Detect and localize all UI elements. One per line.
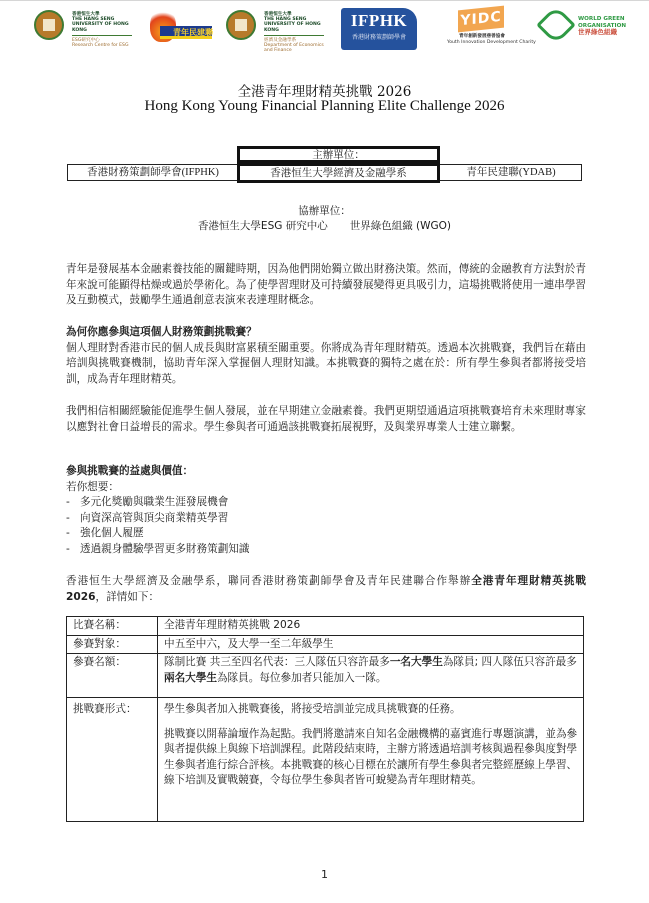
list-item: 多元化獎勵與職業生涯發展機會 [66, 495, 586, 511]
hsuhk-seal-icon [226, 10, 256, 40]
list-item: 透過親身體驗學習更多財務策劃知識 [66, 542, 586, 558]
ifphk-logo-sub: 香港財務策劃師學會 [341, 34, 417, 42]
title-en: Hong Kong Young Financial Planning Elite… [0, 98, 649, 115]
why-paragraph-2: 我們相信相關經驗能促進學生個人發展，並在早期建立金融素養。我們更期望通過這項挑戰… [66, 404, 586, 435]
benefits-intro: 若你想要： [66, 480, 586, 496]
details-key: 挑戰賽形式： [67, 698, 158, 822]
list-item: 向資深高管與頂尖商業精英學習 [66, 511, 586, 527]
benefits-list: 多元化獎勵與職業生涯發展機會 向資深高管與頂尖商業精英學習 強化個人履歷 透過親… [66, 495, 586, 557]
organizer-ydab: 青年民建聯(YDAB) [441, 165, 581, 180]
details-key: 參賽名額： [67, 654, 158, 698]
hsuhk-econ-logo: 香港恒生大學 THE HANG SENG UNIVERSITY OF HONG … [226, 8, 336, 48]
yidc-logo: YIDC 青年創新發展慈善協會 Youth Innovation Develop… [442, 8, 522, 48]
hsuhk-esg-logo: 香港恒生大學 THE HANG SENG UNIVERSITY OF HONG … [34, 8, 144, 48]
details-key: 比賽名稱： [67, 617, 158, 636]
details-value: 中五至中六，及大學一至二年級學生 [158, 635, 584, 654]
logo-sub-en: Research Centre for ESG [72, 43, 132, 48]
summary-paragraph: 香港恒生大學經濟及金融學系，聯同香港財務策劃師學會及青年民建聯合作舉辦全港青年理… [66, 574, 586, 605]
ifphk-logo: IFPHK 香港財務策劃師學會 [341, 8, 417, 50]
table-row: 比賽名稱： 全港青年理財精英挑戰 2026 [67, 617, 584, 636]
why-heading: 為何你應參與這項個人財務策劃挑戰賽？ [66, 325, 586, 341]
logo-text-en: THE HANG SENG UNIVERSITY OF HONG KONG [264, 17, 324, 33]
why-paragraph-1: 個人理財對香港市民的個人成長與財富累積至關重要。你將成為青年理財精英。透過本次挑… [66, 341, 586, 388]
table-row: 參賽對象： 中五至中六，及大學一至二年級學生 [67, 635, 584, 654]
title-zh: 全港青年理財精英挑戰 2026 [0, 80, 649, 100]
details-value: 全港青年理財精英挑戰 2026 [158, 617, 584, 636]
wgo-logo: WORLD GREEN ORGANISATION 世界綠色組織 [540, 8, 630, 48]
organizer-hsuhk-econ: 香港恒生大學經濟及金融學系 [237, 163, 440, 183]
page-top-border [0, 0, 649, 1]
organizer-ifphk: 香港財務策劃師學會(IFPHK) [68, 165, 238, 180]
benefits-heading: 參與挑戰賽的益處與價值： [66, 464, 586, 480]
details-value: 學生參與者加入挑戰賽後，將接受培訓並完成具挑戰賽的任務。 挑戰賽以開幕論壇作為起… [158, 698, 584, 822]
yidc-logo-text: YIDC [458, 6, 504, 33]
table-row: 參賽名額： 隊制比賽 共三至四名代表：三人隊伍只容許最多一名大學生為隊員; 四人… [67, 654, 584, 698]
co-organizers-label: 協辦單位： [0, 203, 649, 218]
wgo-text-zh: 世界綠色組織 [578, 29, 626, 36]
logo-banner: 香港恒生大學 THE HANG SENG UNIVERSITY OF HONG … [30, 8, 620, 48]
details-table: 比賽名稱： 全港青年理財精英挑戰 2026 參賽對象： 中五至中六，及大學一至二… [66, 616, 584, 822]
table-row: 挑戰賽形式： 學生參與者加入挑戰賽後，將接受培訓並完成具挑戰賽的任務。 挑戰賽以… [67, 698, 584, 822]
logo-sub-en: Department of Economics and Finance [264, 43, 324, 53]
ydab-logo: 青年民建聯 [150, 8, 220, 48]
list-item: 強化個人履歷 [66, 526, 586, 542]
ifphk-logo-text: IFPHK [341, 8, 417, 34]
details-key: 參賽對象： [67, 635, 158, 654]
organizers-label: 主辦單位： [237, 146, 440, 163]
co-organizer-wgo: 世界綠色組織 (WGO) [350, 220, 451, 232]
hsuhk-seal-icon [34, 10, 64, 40]
details-value: 隊制比賽 共三至四名代表：三人隊伍只容許最多一名大學生為隊員; 四人隊伍只容許最… [158, 654, 584, 698]
co-organizers-list: 香港恒生大學ESG 研究中心世界綠色組織 (WGO) [0, 218, 649, 233]
benefits-section: 參與挑戰賽的益處與價值： 若你想要： 多元化獎勵與職業生涯發展機會 向資深高管與… [66, 464, 586, 557]
yidc-sub-en: Youth Innovation Development Charity [447, 40, 517, 46]
ydab-logo-text: 青年民建聯 [160, 26, 212, 39]
wgo-leaf-icon [536, 5, 576, 45]
logo-text-en: THE HANG SENG UNIVERSITY OF HONG KONG [72, 17, 132, 33]
co-organizer-esg: 香港恒生大學ESG 研究中心 [198, 220, 328, 232]
wgo-text-en1: WORLD GREEN [578, 16, 626, 23]
why-section: 為何你應參與這項個人財務策劃挑戰賽？ 個人理財對香港市民的個人成長與財富累積至關… [66, 325, 586, 387]
page-number: 1 [0, 868, 649, 881]
intro-paragraph: 青年是發展基本金融素養技能的關鍵時期，因為他們開始獨立做出財務決策。然而，傳統的… [66, 262, 586, 309]
